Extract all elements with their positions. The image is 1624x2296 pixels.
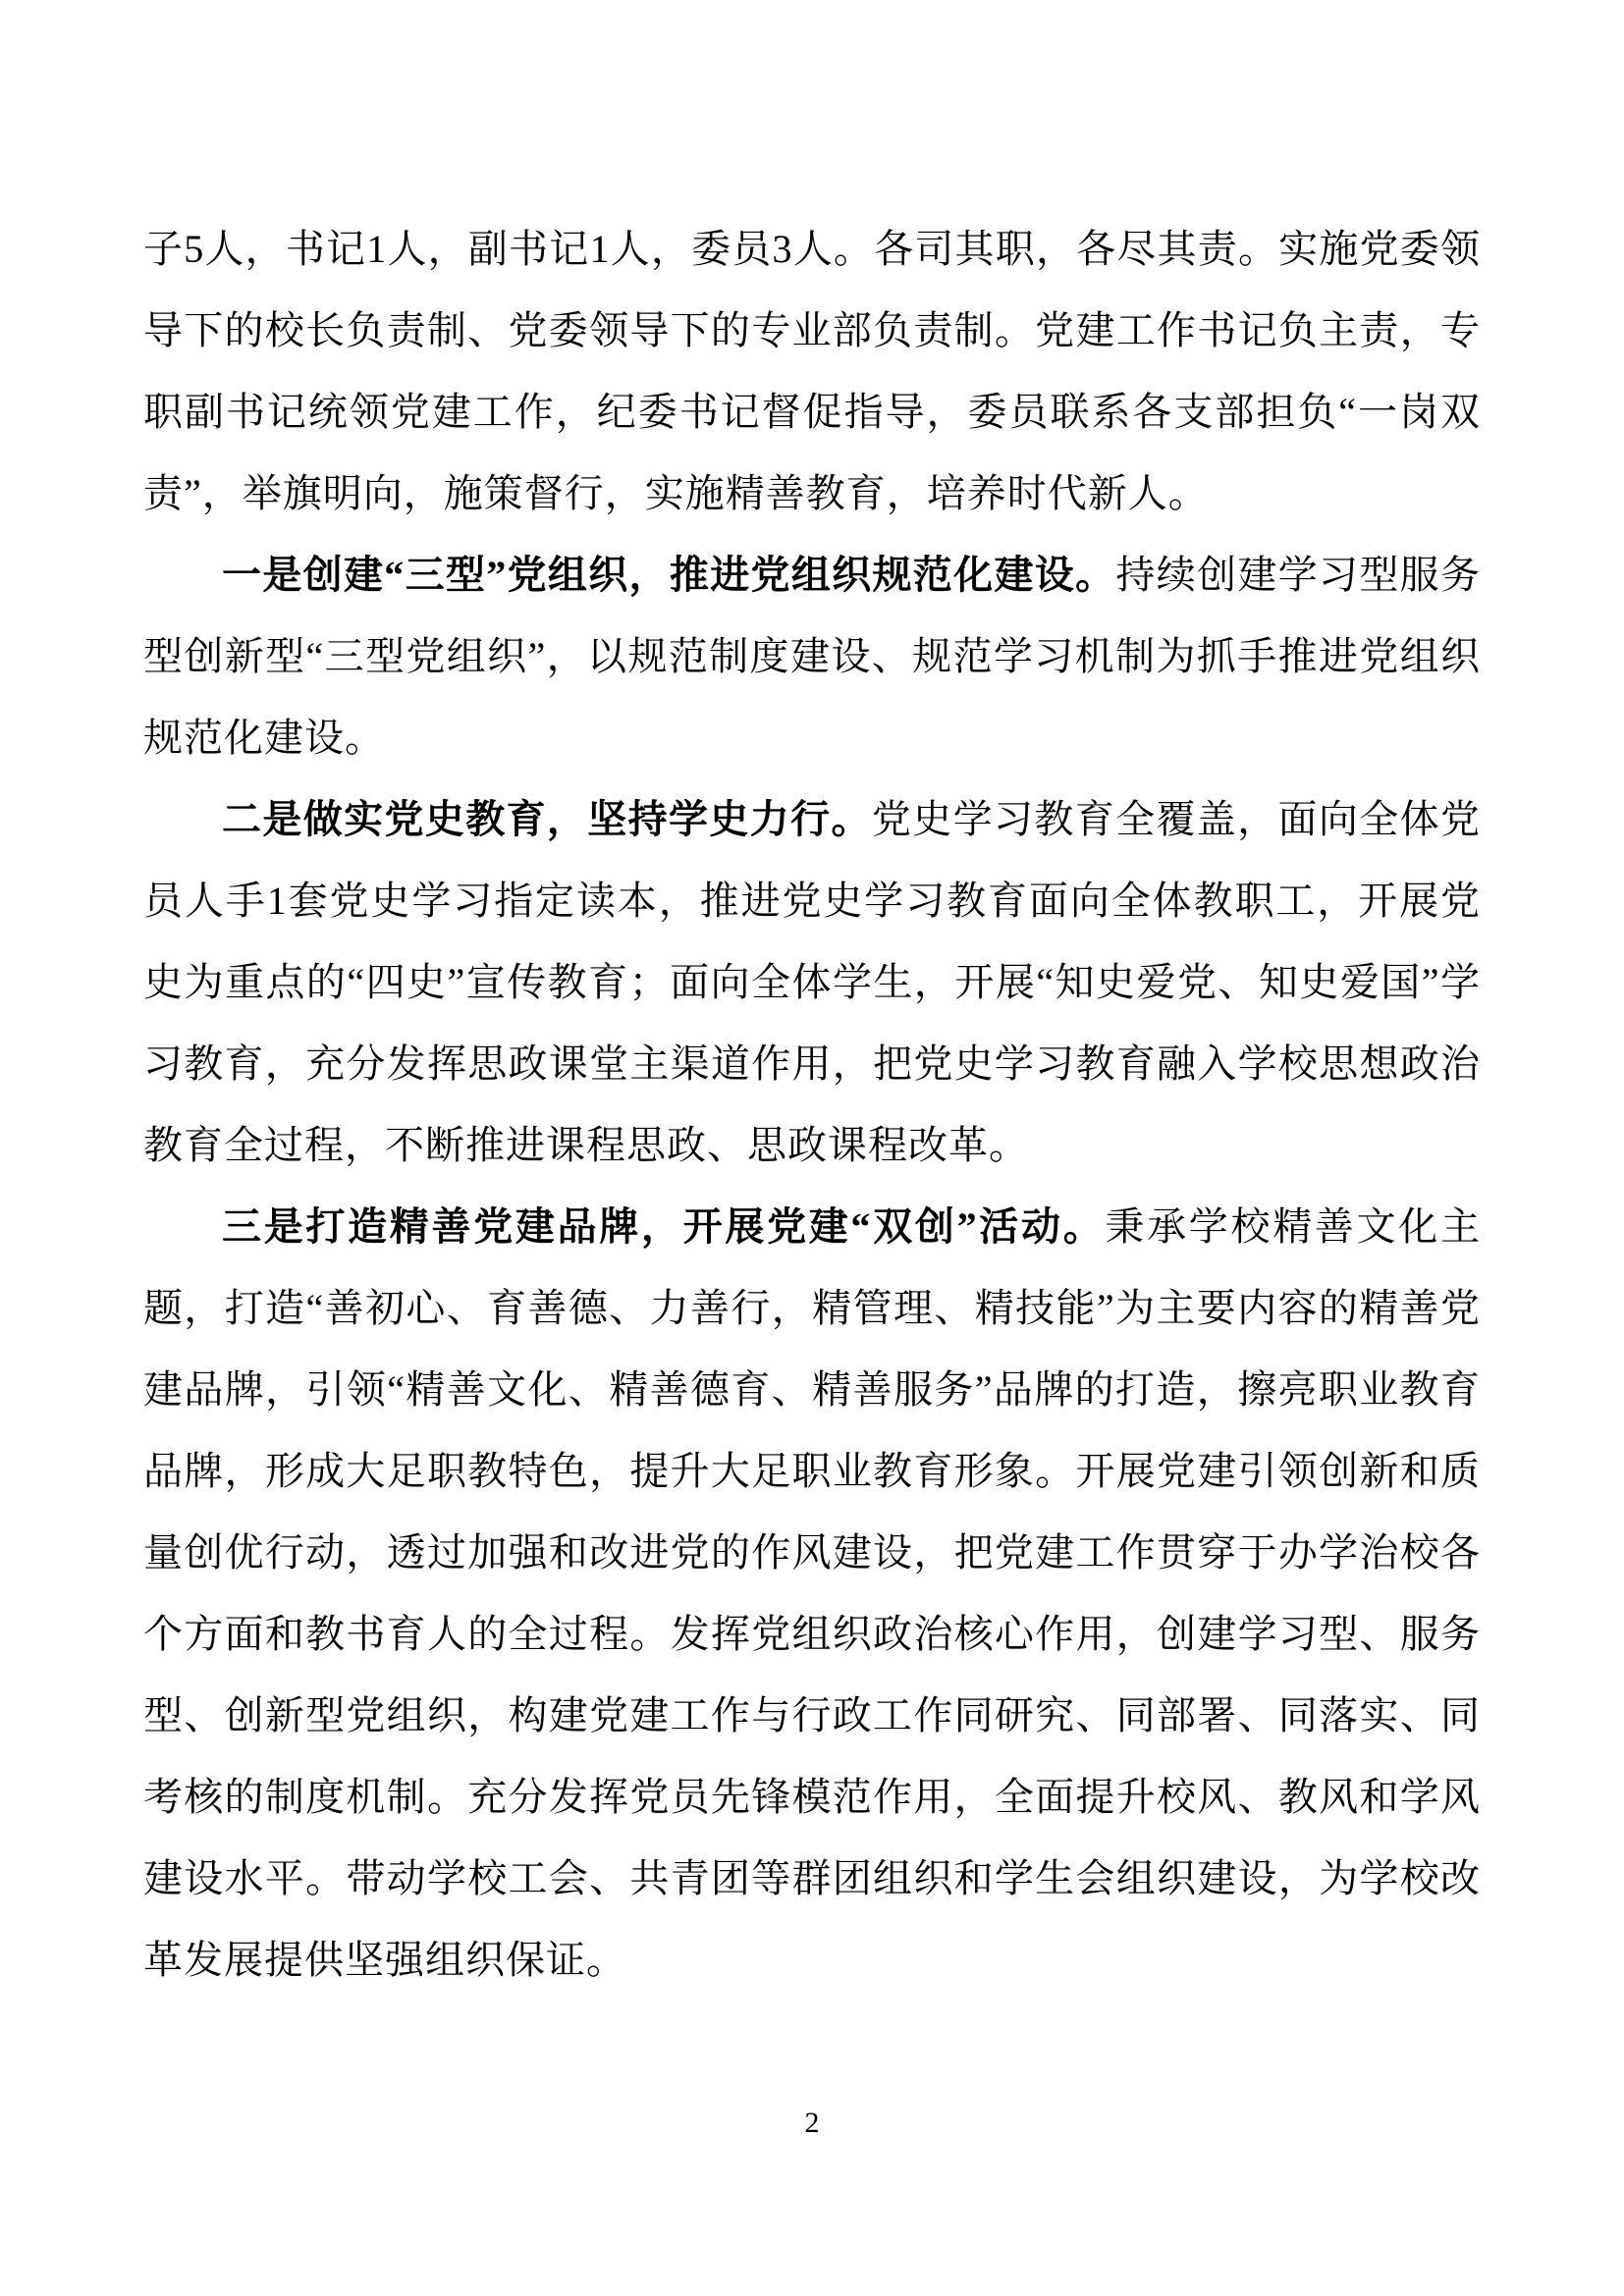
paragraph: 一是创建“三型”党组织，推进党组织规范化建设。持续创建学习型服务型创新型“三型党… xyxy=(143,534,1481,778)
paragraph: 二是做实党史教育，坚持学史力行。党史学习教育全覆盖，面向全体党员人手1套党史学习… xyxy=(143,778,1481,1186)
document-page: 子5人，书记1人，副书记1人，委员3人。各司其职，各尽其责。实施党委领导下的校长… xyxy=(0,0,1624,2296)
page-number: 2 xyxy=(0,2107,1624,2140)
paragraph-text: 子5人，书记1人，副书记1人，委员3人。各司其职，各尽其责。实施党委领导下的校长… xyxy=(143,227,1481,515)
document-body: 子5人，书记1人，副书记1人，委员3人。各司其职，各尽其责。实施党委领导下的校长… xyxy=(143,208,1481,2001)
paragraph: 子5人，书记1人，副书记1人，委员3人。各司其职，各尽其责。实施党委领导下的校长… xyxy=(143,208,1481,534)
paragraph-lead: 三是打造精善党建品牌，开展党建“双创”活动。 xyxy=(222,1204,1105,1249)
paragraph-text: 党史学习教育全覆盖，面向全体党员人手1套党史学习指定读本，推进党史学习教育面向全… xyxy=(143,797,1481,1167)
paragraph: 三是打造精善党建品牌，开展党建“双创”活动。秉承学校精善文化主题，打造“善初心、… xyxy=(143,1186,1481,2001)
paragraph-lead: 一是创建“三型”党组织，推进党组织规范化建设。 xyxy=(222,553,1115,597)
paragraph-lead: 二是做实党史教育，坚持学史力行。 xyxy=(222,797,872,841)
paragraph-text: 秉承学校精善文化主题，打造“善初心、育善德、力善行，精管理、精技能”为主要内容的… xyxy=(143,1204,1481,1982)
